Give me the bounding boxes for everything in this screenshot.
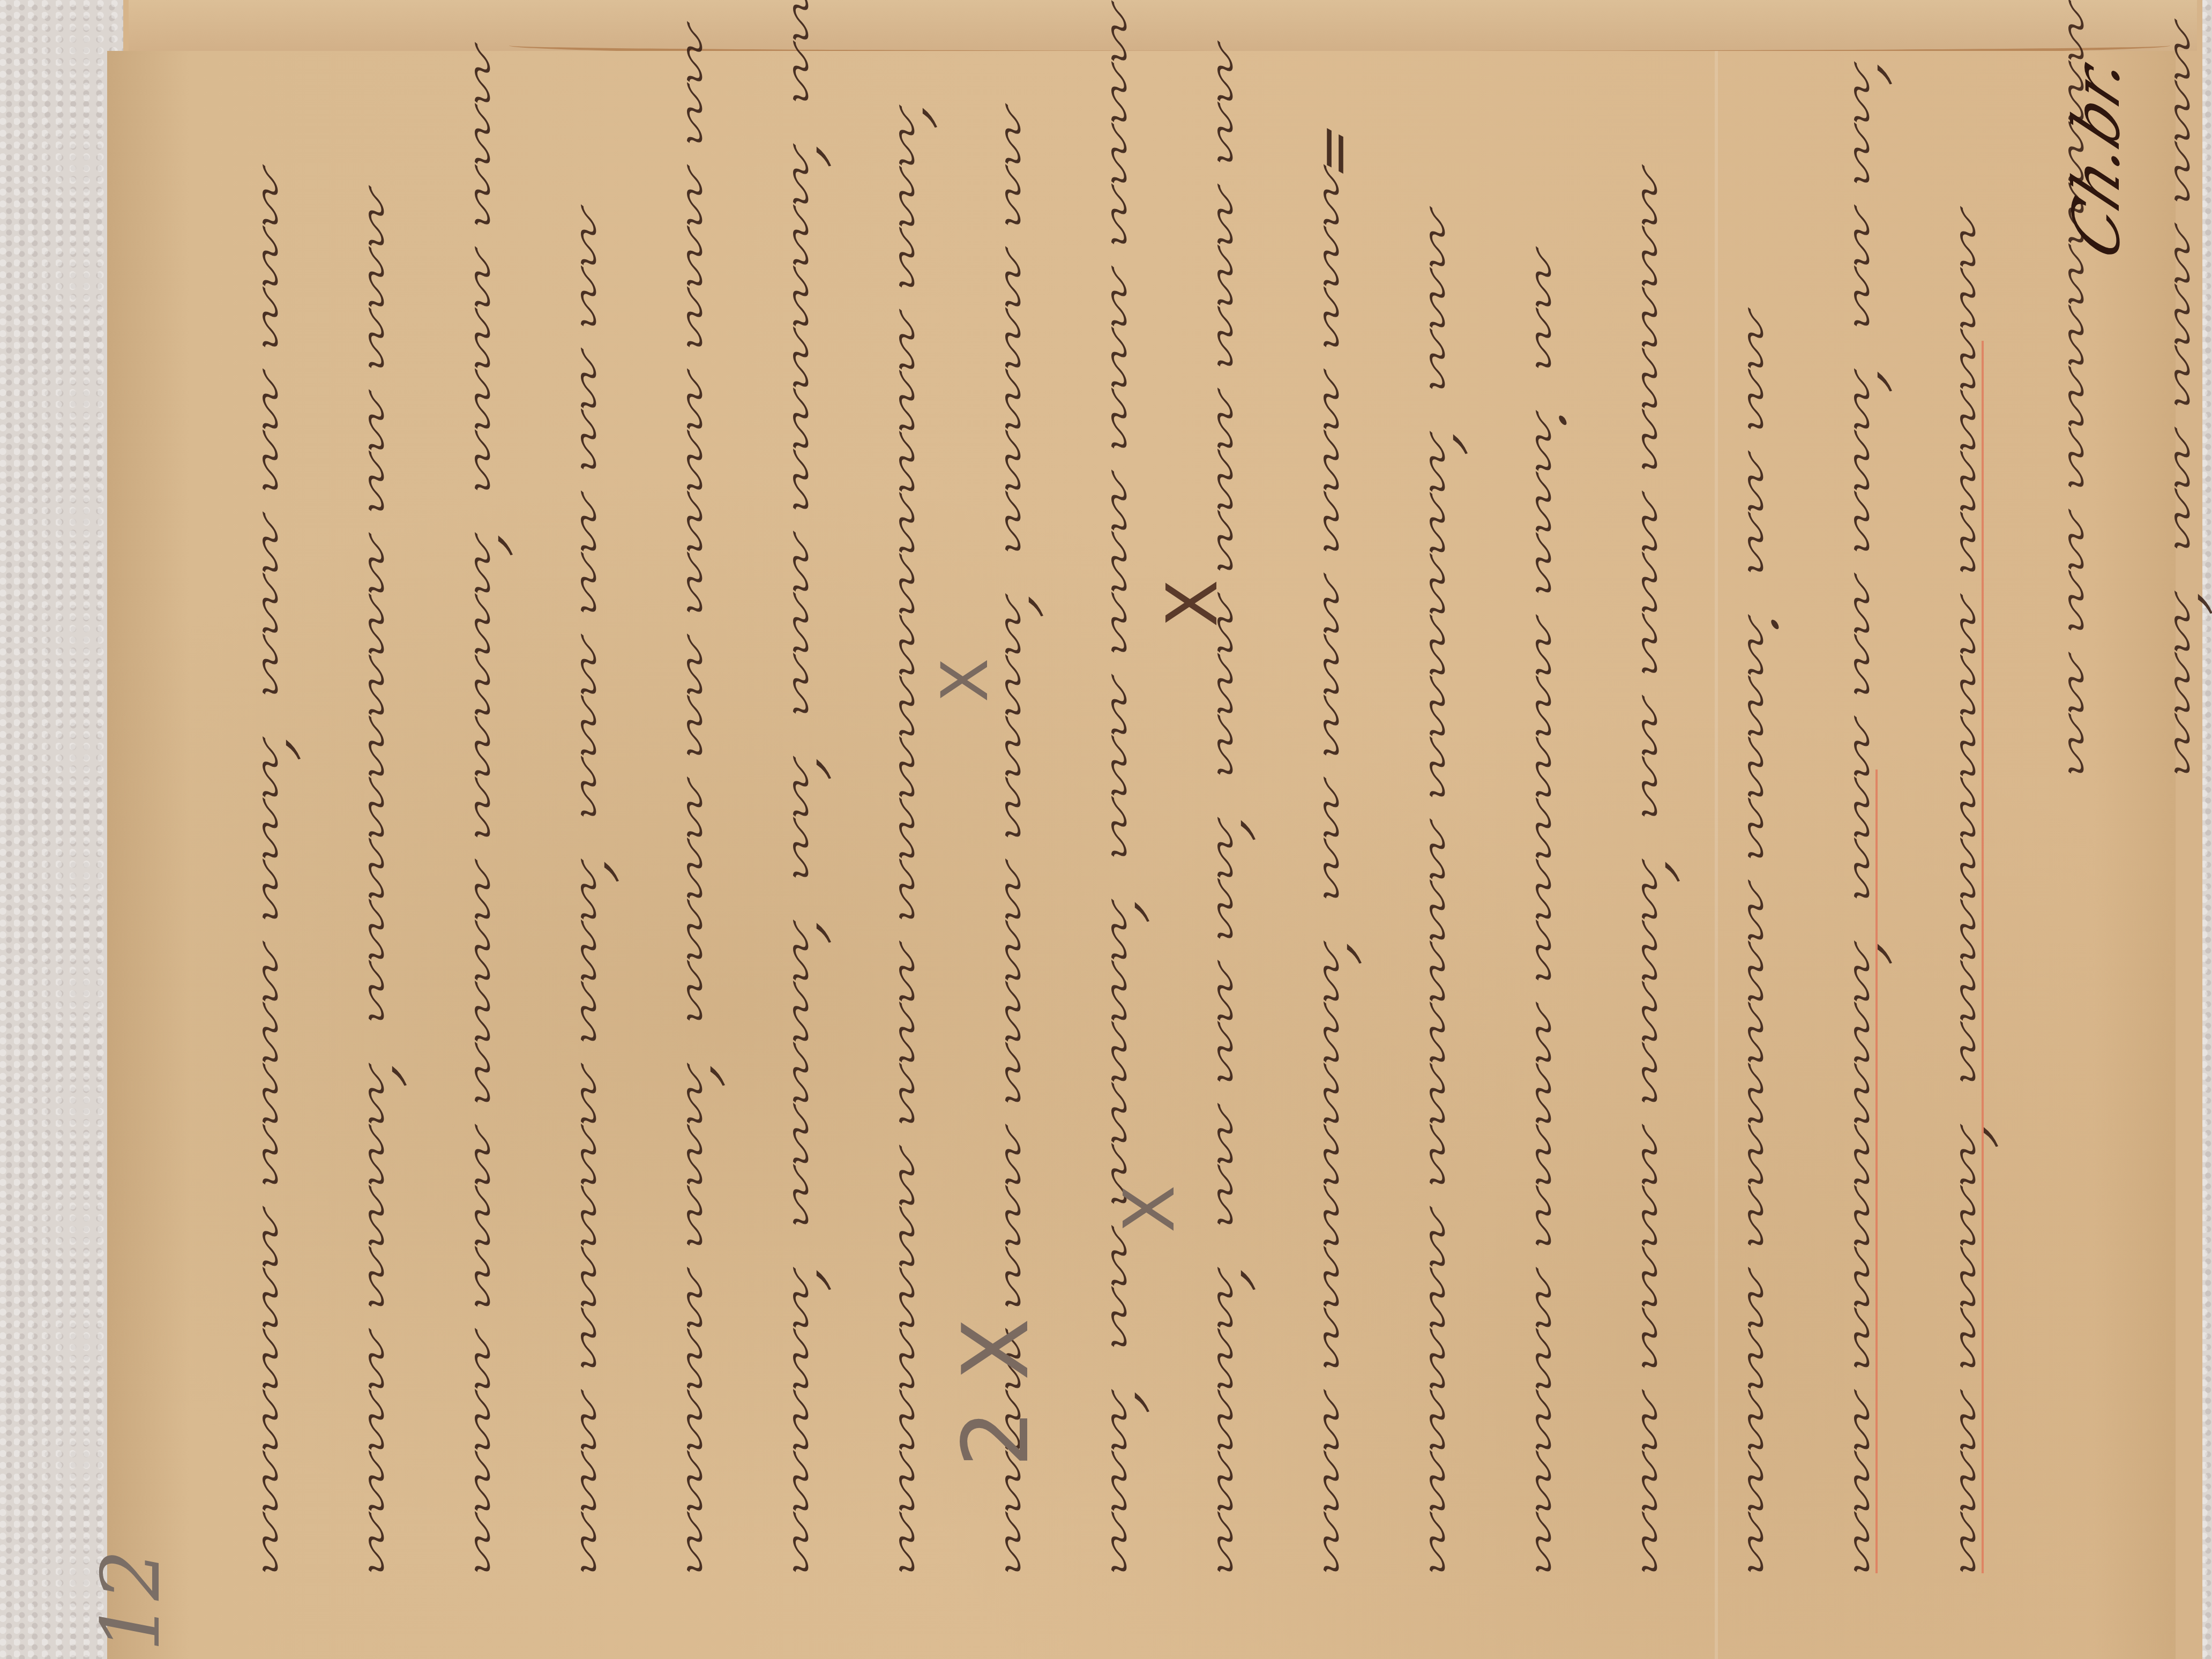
text-line: 〰〰〰 〰〰〰〰 〰〰〰〰, 〰〰 〰〰〰 〰〰〰〰〰	[1583, 180, 1689, 1573]
text-line: 〰〰〰 〰〰〰〰〰 〰〰〰, 〰〰〰 〰〰 〰〰 〰〰	[522, 180, 628, 1573]
text-line-red-underlined: 〰〰〰 〰〰〰〰, 〰〰〰〰〰〰〰〰 〰〰〰〰〰〰	[1901, 180, 2007, 1573]
text-line: 〰〰〰〰〰〰 〰〰〰〰〰〰 〰〰〰〰〰〰, 〰〰〰	[1371, 180, 1477, 1573]
text-line: 〰〰〰〰 〰〰〰〰, 〰〰〰〰〰〰〰〰 〰〰 〰〰〰	[310, 180, 416, 1573]
text-line-red-underlined: 〰〰〰 〰〰〰〰〰〰〰, 〰〰〰 〰〰 〰〰〰, 〰〰 〰〰,	[1795, 180, 1901, 1573]
text-line: 〰〰〰〰〰, 〰〰〰〰〰, 〰〰, 〰〰〰 〰〰〰〰〰〰, 〰〰	[734, 180, 840, 1573]
signature: Ch.br.	[2060, 40, 2134, 271]
text-line: 〰〰〰〰〰〰 〰〰〰〰 〰〰〰, 〰〰〰 〰〰 〰〰〰	[204, 180, 310, 1573]
text-line: 〰〰〰〰〰 〰〰〰〰 〰〰〰〰〰〰 〰〰〰. 〰〰	[1477, 180, 1583, 1573]
pencil-mark: X	[928, 658, 1003, 702]
rotated-page-content: 〰〰〰〰〰〰 〰〰〰〰 〰〰〰, 〰〰〰 〰〰 〰〰〰 〰〰〰〰 〰〰〰〰, 〰…	[0, 0, 2212, 1659]
text-line: 〰〰〰〰〰 〰〰〰〰〰〰 〰〰〰〰. 〰〰 〰〰	[1689, 180, 1795, 1573]
red-rule	[1875, 769, 1878, 1573]
text-line: 〰〰〰, 〰〰 〰〰〰〰〰, 〰〰〰 〰〰〰 〰〰〰 〰〰〰〰	[1052, 180, 1159, 1573]
pencil-mark: X	[1109, 1185, 1190, 1232]
text-line: 〰〰〰〰〰〰〰 〰〰〰 〰〰〰〰〰〰〰〰〰〰 〰〰〰,	[840, 180, 946, 1573]
red-rule	[1982, 341, 1984, 1573]
text-line: 〰〰〰 〰〰〰〰〰〰〰, 〰〰 〰〰〰 〰〰〰 〰〰〰=	[1265, 180, 1371, 1573]
ink-cross-mark: X	[1152, 579, 1233, 627]
manuscript-text: 〰〰〰〰〰〰 〰〰〰〰 〰〰〰, 〰〰〰 〰〰 〰〰〰 〰〰〰〰 〰〰〰〰, 〰…	[204, 180, 2007, 1573]
pencil-mark: 2 X	[943, 1318, 1049, 1468]
page-number: 12	[85, 1550, 178, 1652]
text-line: 〰〰〰〰〰 〰〰〰, 〰〰〰〰 〰〰 〰〰〰〰 〰〰〰 〰〰	[628, 180, 734, 1573]
text-line: 〰〰〰〰 〰〰〰 〰〰〰〰 〰〰〰〰〰, 〰〰〰〰 〰〰〰	[416, 180, 522, 1573]
text-line: 〰〰〰〰〰, 〰〰 〰〰 〰〰, 〰〰〰 〰〰〰 〰〰〰 〰〰	[1159, 180, 1265, 1573]
